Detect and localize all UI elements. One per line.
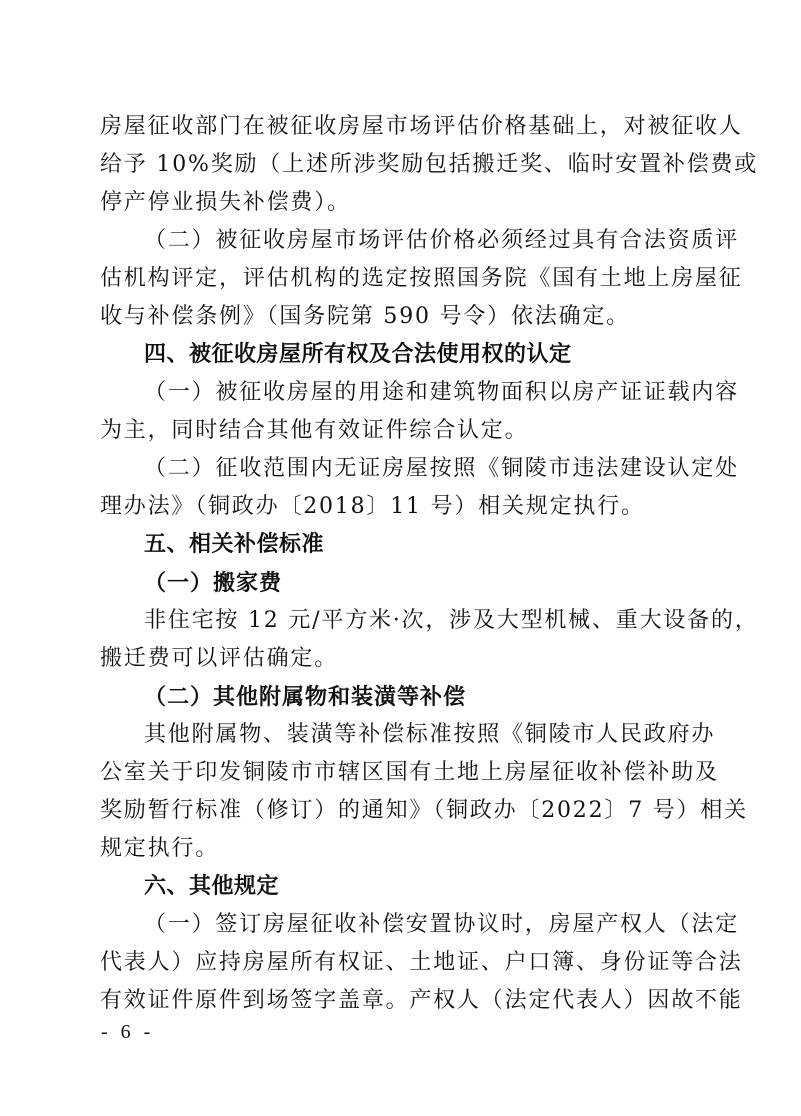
text-line: 为主，同时结合其他有效证件综合认定。	[100, 416, 700, 446]
text-line: （一）被征收房屋的用途和建筑物面积以房产证证载内容	[144, 378, 744, 408]
text-line: 有效证件原件到场签字盖章。产权人（法定代表人）因故不能	[100, 986, 700, 1016]
text-line: 非住宅按 12 元/平方米·次，涉及大型机械、重大设备的，	[144, 606, 744, 636]
text-line: 收与补偿条例》（国务院第 590 号令）依法确定。	[100, 302, 700, 332]
text-line: 估机构评定，评估机构的选定按照国务院《国有土地上房屋征	[100, 264, 700, 294]
text-line: （一）签订房屋征收补偿安置协议时，房屋产权人（法定	[144, 910, 744, 940]
text-line: （二）征收范围内无证房屋按照《铜陵市违法建设认定处	[144, 454, 744, 484]
document-page: 房屋征收部门在被征收房屋市场评估价格基础上，对被征收人给予 10%奖励（上述所涉…	[0, 0, 801, 1116]
text-line: 理办法》（铜政办〔2018〕11 号）相关规定执行。	[100, 492, 700, 522]
text-line: 搬迁费可以评估确定。	[100, 644, 700, 674]
subsection-heading: （二）其他附属物和装潢等补偿	[144, 682, 744, 712]
text-line: 规定执行。	[100, 834, 700, 864]
text-line: （二）被征收房屋市场评估价格必须经过具有合法资质评	[144, 226, 744, 256]
text-line: 房屋征收部门在被征收房屋市场评估价格基础上，对被征收人	[100, 112, 700, 142]
subsection-heading: （一）搬家费	[144, 568, 744, 598]
text-line: 给予 10%奖励（上述所涉奖励包括搬迁奖、临时安置补偿费或	[100, 150, 700, 180]
section-heading: 六、其他规定	[144, 872, 744, 902]
section-heading: 四、被征收房屋所有权及合法使用权的认定	[144, 340, 744, 370]
page-number: - 6 -	[101, 1019, 154, 1045]
text-line: 奖励暂行标准（修订）的通知》（铜政办〔2022〕7 号）相关	[100, 796, 700, 826]
text-line: 公室关于印发铜陵市市辖区国有土地上房屋征收补偿补助及	[100, 758, 700, 788]
text-line: 停产停业损失补偿费）。	[100, 188, 700, 218]
text-line: 其他附属物、装潢等补偿标准按照《铜陵市人民政府办	[144, 720, 744, 750]
section-heading: 五、相关补偿标准	[144, 530, 744, 560]
text-line: 代表人）应持房屋所有权证、土地证、户口簿、身份证等合法	[100, 948, 700, 978]
